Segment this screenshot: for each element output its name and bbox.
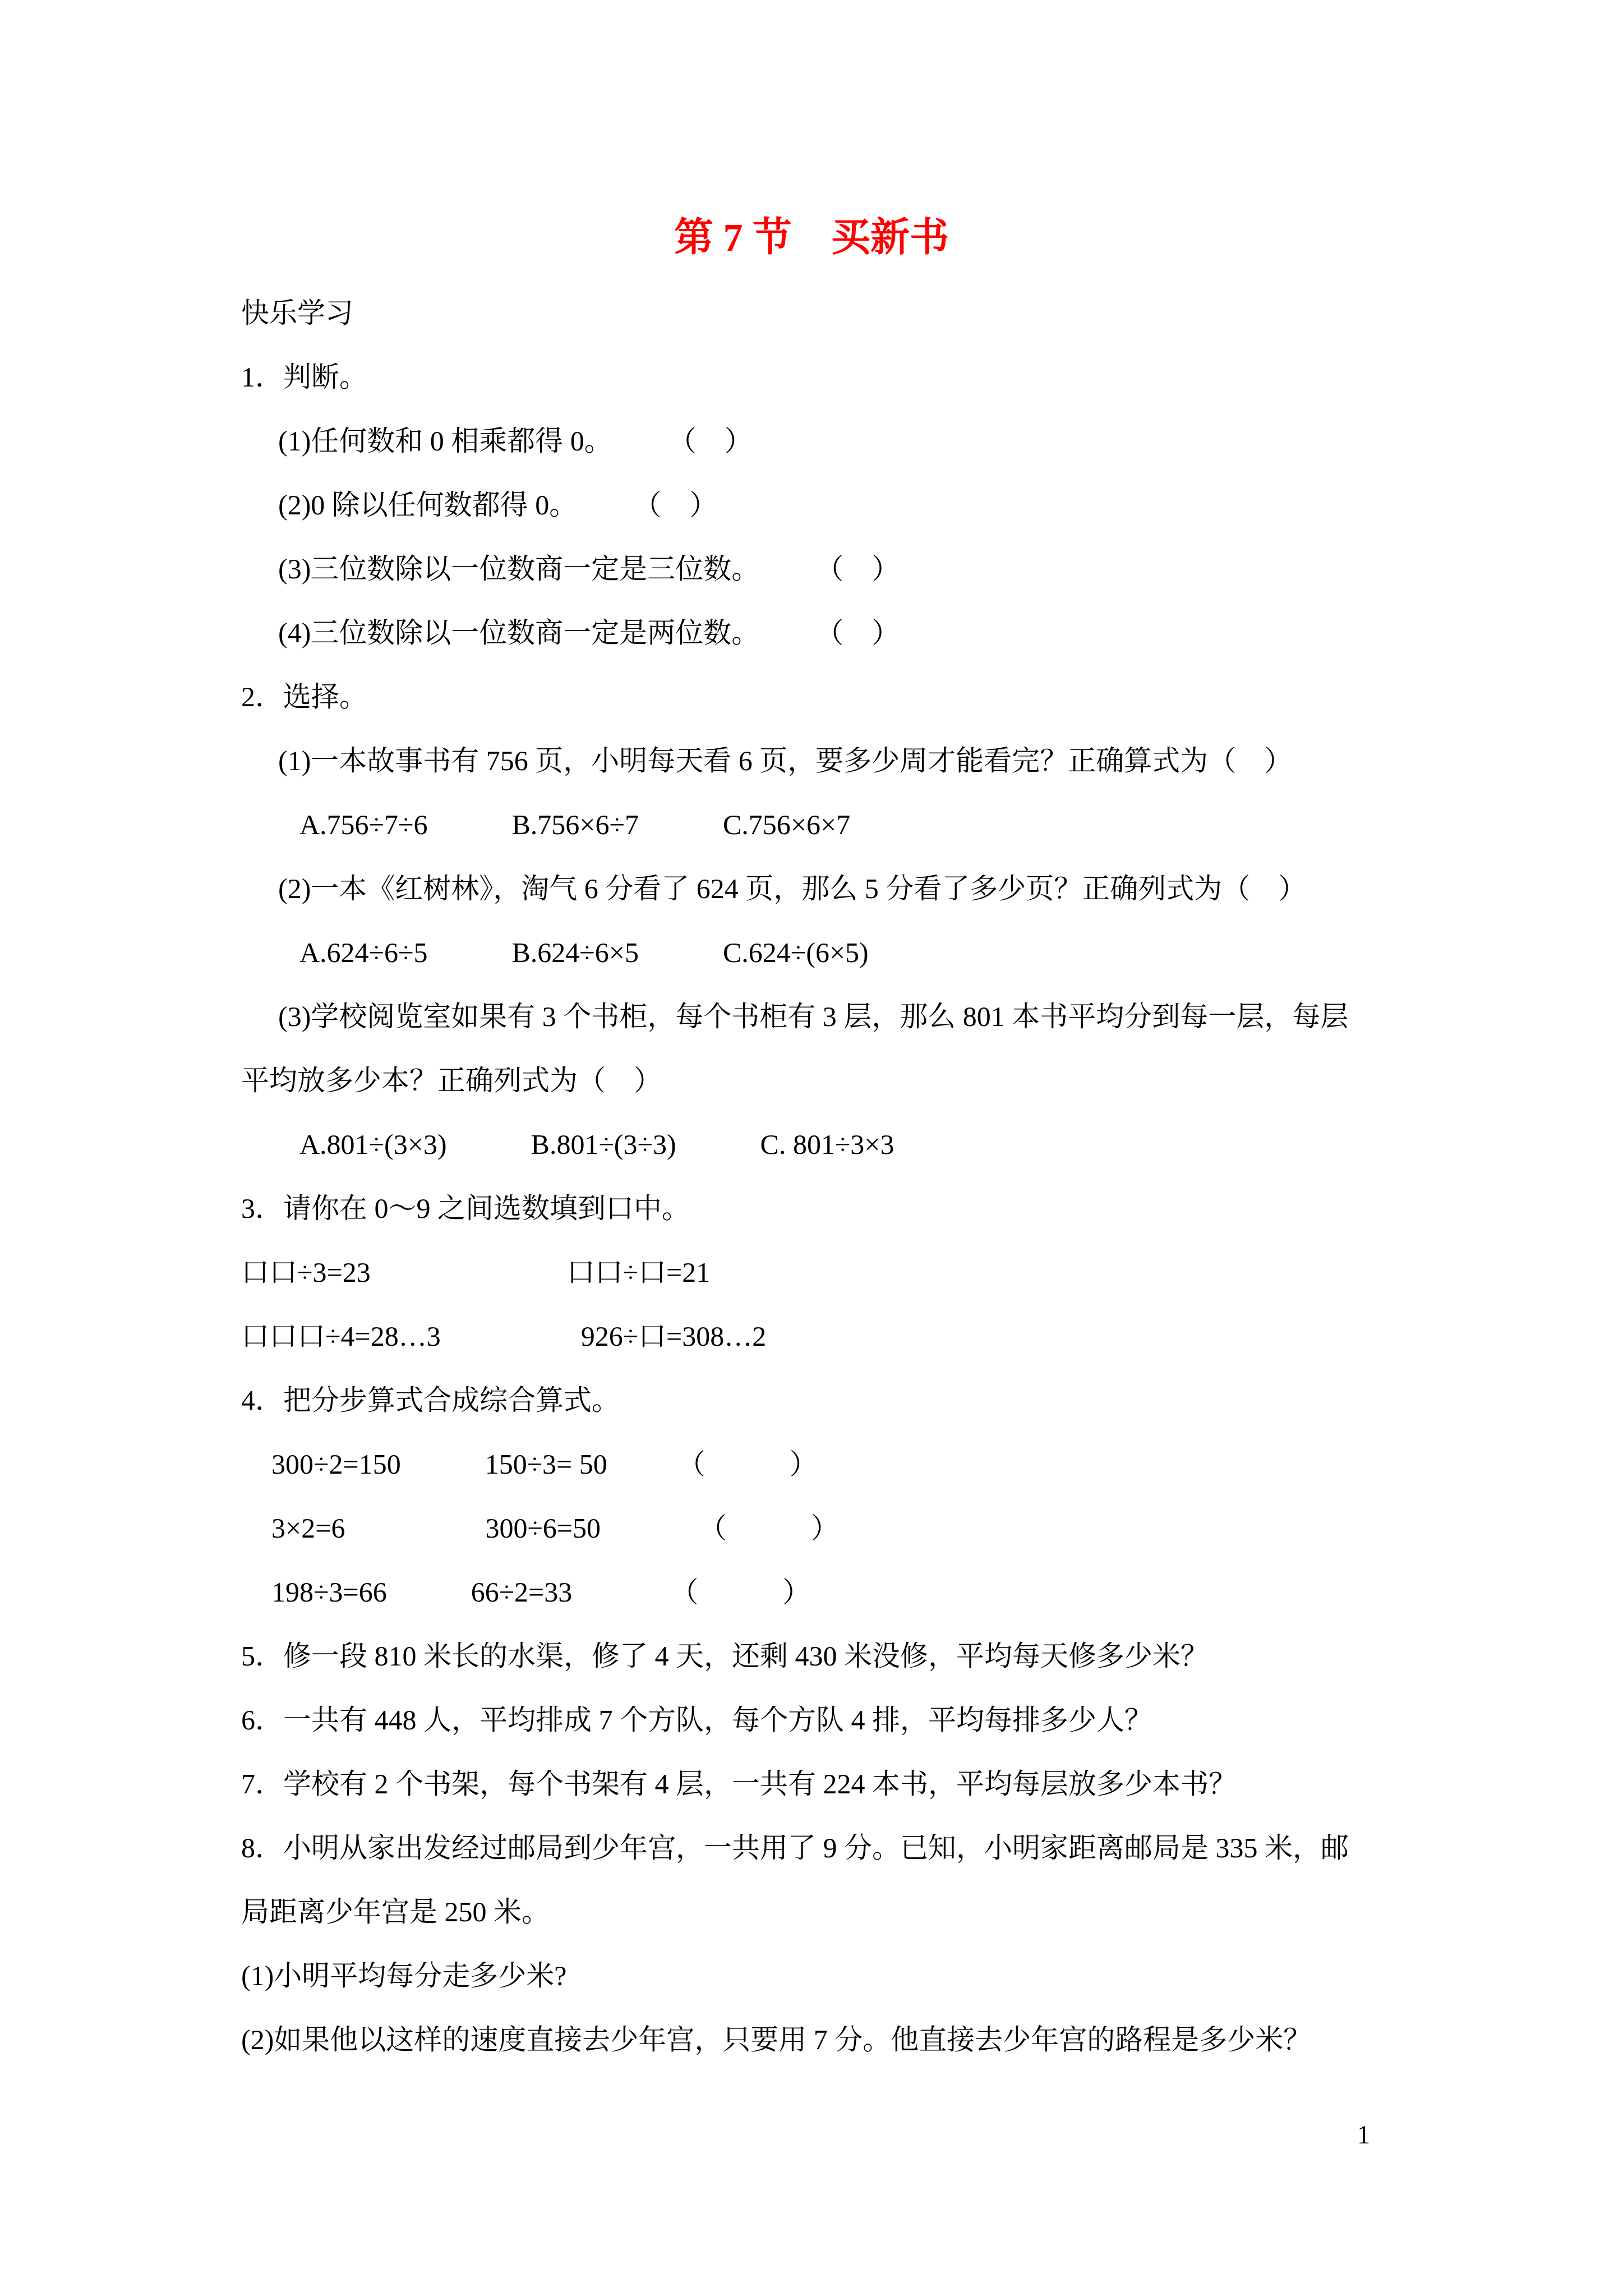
worksheet-body: 快乐学习 1．判断。 (1)任何数和 0 相乘都得 0。 （ ） (2)0 除以…	[241, 281, 1475, 2072]
q1-item-4: (4)三位数除以一位数商一定是两位数。 （ ）	[241, 601, 1475, 665]
q1-item-3: (3)三位数除以一位数商一定是三位数。 （ ）	[241, 537, 1475, 601]
q3-header: 3．请你在 0～9 之间选数填到口中。	[241, 1176, 1475, 1240]
q8-text-continued: 局距离少年宫是 250 米。	[241, 1880, 1475, 1944]
q2-item-3-continued: 平均放多少本？正确列式为（ ）	[241, 1048, 1475, 1112]
q1-item-1: (1)任何数和 0 相乘都得 0。 （ ）	[241, 409, 1475, 473]
q2-item-1-options: A.756÷7÷6 B.756×6÷7 C.756×6×7	[241, 793, 1475, 857]
worksheet-page: 第 7 节 买新书 快乐学习 1．判断。 (1)任何数和 0 相乘都得 0。 （…	[0, 0, 1623, 2296]
q1-item-2: (2)0 除以任何数都得 0。 （ ）	[241, 473, 1475, 537]
q1-header: 1．判断。	[241, 345, 1475, 409]
q4-header: 4．把分步算式合成综合算式。	[241, 1368, 1475, 1432]
q2-item-3-options: A.801÷(3×3) B.801÷(3÷3) C. 801÷3×3	[241, 1112, 1475, 1176]
happy-learning-label: 快乐学习	[241, 281, 1475, 345]
q2-item-2-options: A.624÷6÷5 B.624÷6×5 C.624÷(6×5)	[241, 921, 1475, 984]
q6-text: 6．一共有 448 人，平均排成 7 个方队，每个方队 4 排，平均每排多少人？	[241, 1688, 1475, 1752]
q8-item-2: (2)如果他以这样的速度直接去少年宫，只要用 7 分。他直接去少年宫的路程是多少…	[241, 2008, 1475, 2072]
q4-equation-row-3: 198÷3=66 66÷2=33 （ ）	[241, 1560, 1475, 1624]
q3-equations-row-2: 口口口÷4=28…3 926÷口=308…2	[241, 1304, 1475, 1368]
q2-item-3: (3)学校阅览室如果有 3 个书柜，每个书柜有 3 层，那么 801 本书平均分…	[241, 984, 1475, 1048]
q4-equation-row-1: 300÷2=150 150÷3= 50 （ ）	[241, 1432, 1475, 1496]
page-number: 1	[1357, 2118, 1370, 2152]
page-title: 第 7 节 买新书	[0, 215, 1623, 262]
q2-item-1: (1)一本故事书有 756 页，小明每天看 6 页，要多少周才能看完？正确算式为…	[241, 729, 1475, 793]
q3-equations-row-1: 口口÷3=23 口口÷口=21	[241, 1240, 1475, 1304]
q8-text: 8．小明从家出发经过邮局到少年宫，一共用了 9 分。已知，小明家距离邮局是 33…	[241, 1816, 1475, 1880]
q8-item-1: (1)小明平均每分走多少米?	[241, 1944, 1475, 2008]
q2-item-2: (2)一本《红树林》，淘气 6 分看了 624 页，那么 5 分看了多少页？正确…	[241, 857, 1475, 921]
q4-equation-row-2: 3×2=6 300÷6=50 （ ）	[241, 1496, 1475, 1560]
q5-text: 5．修一段 810 米长的水渠，修了 4 天，还剩 430 米没修，平均每天修多…	[241, 1624, 1475, 1688]
q7-text: 7．学校有 2 个书架，每个书架有 4 层，一共有 224 本书，平均每层放多少…	[241, 1752, 1475, 1816]
q2-header: 2．选择。	[241, 665, 1475, 729]
